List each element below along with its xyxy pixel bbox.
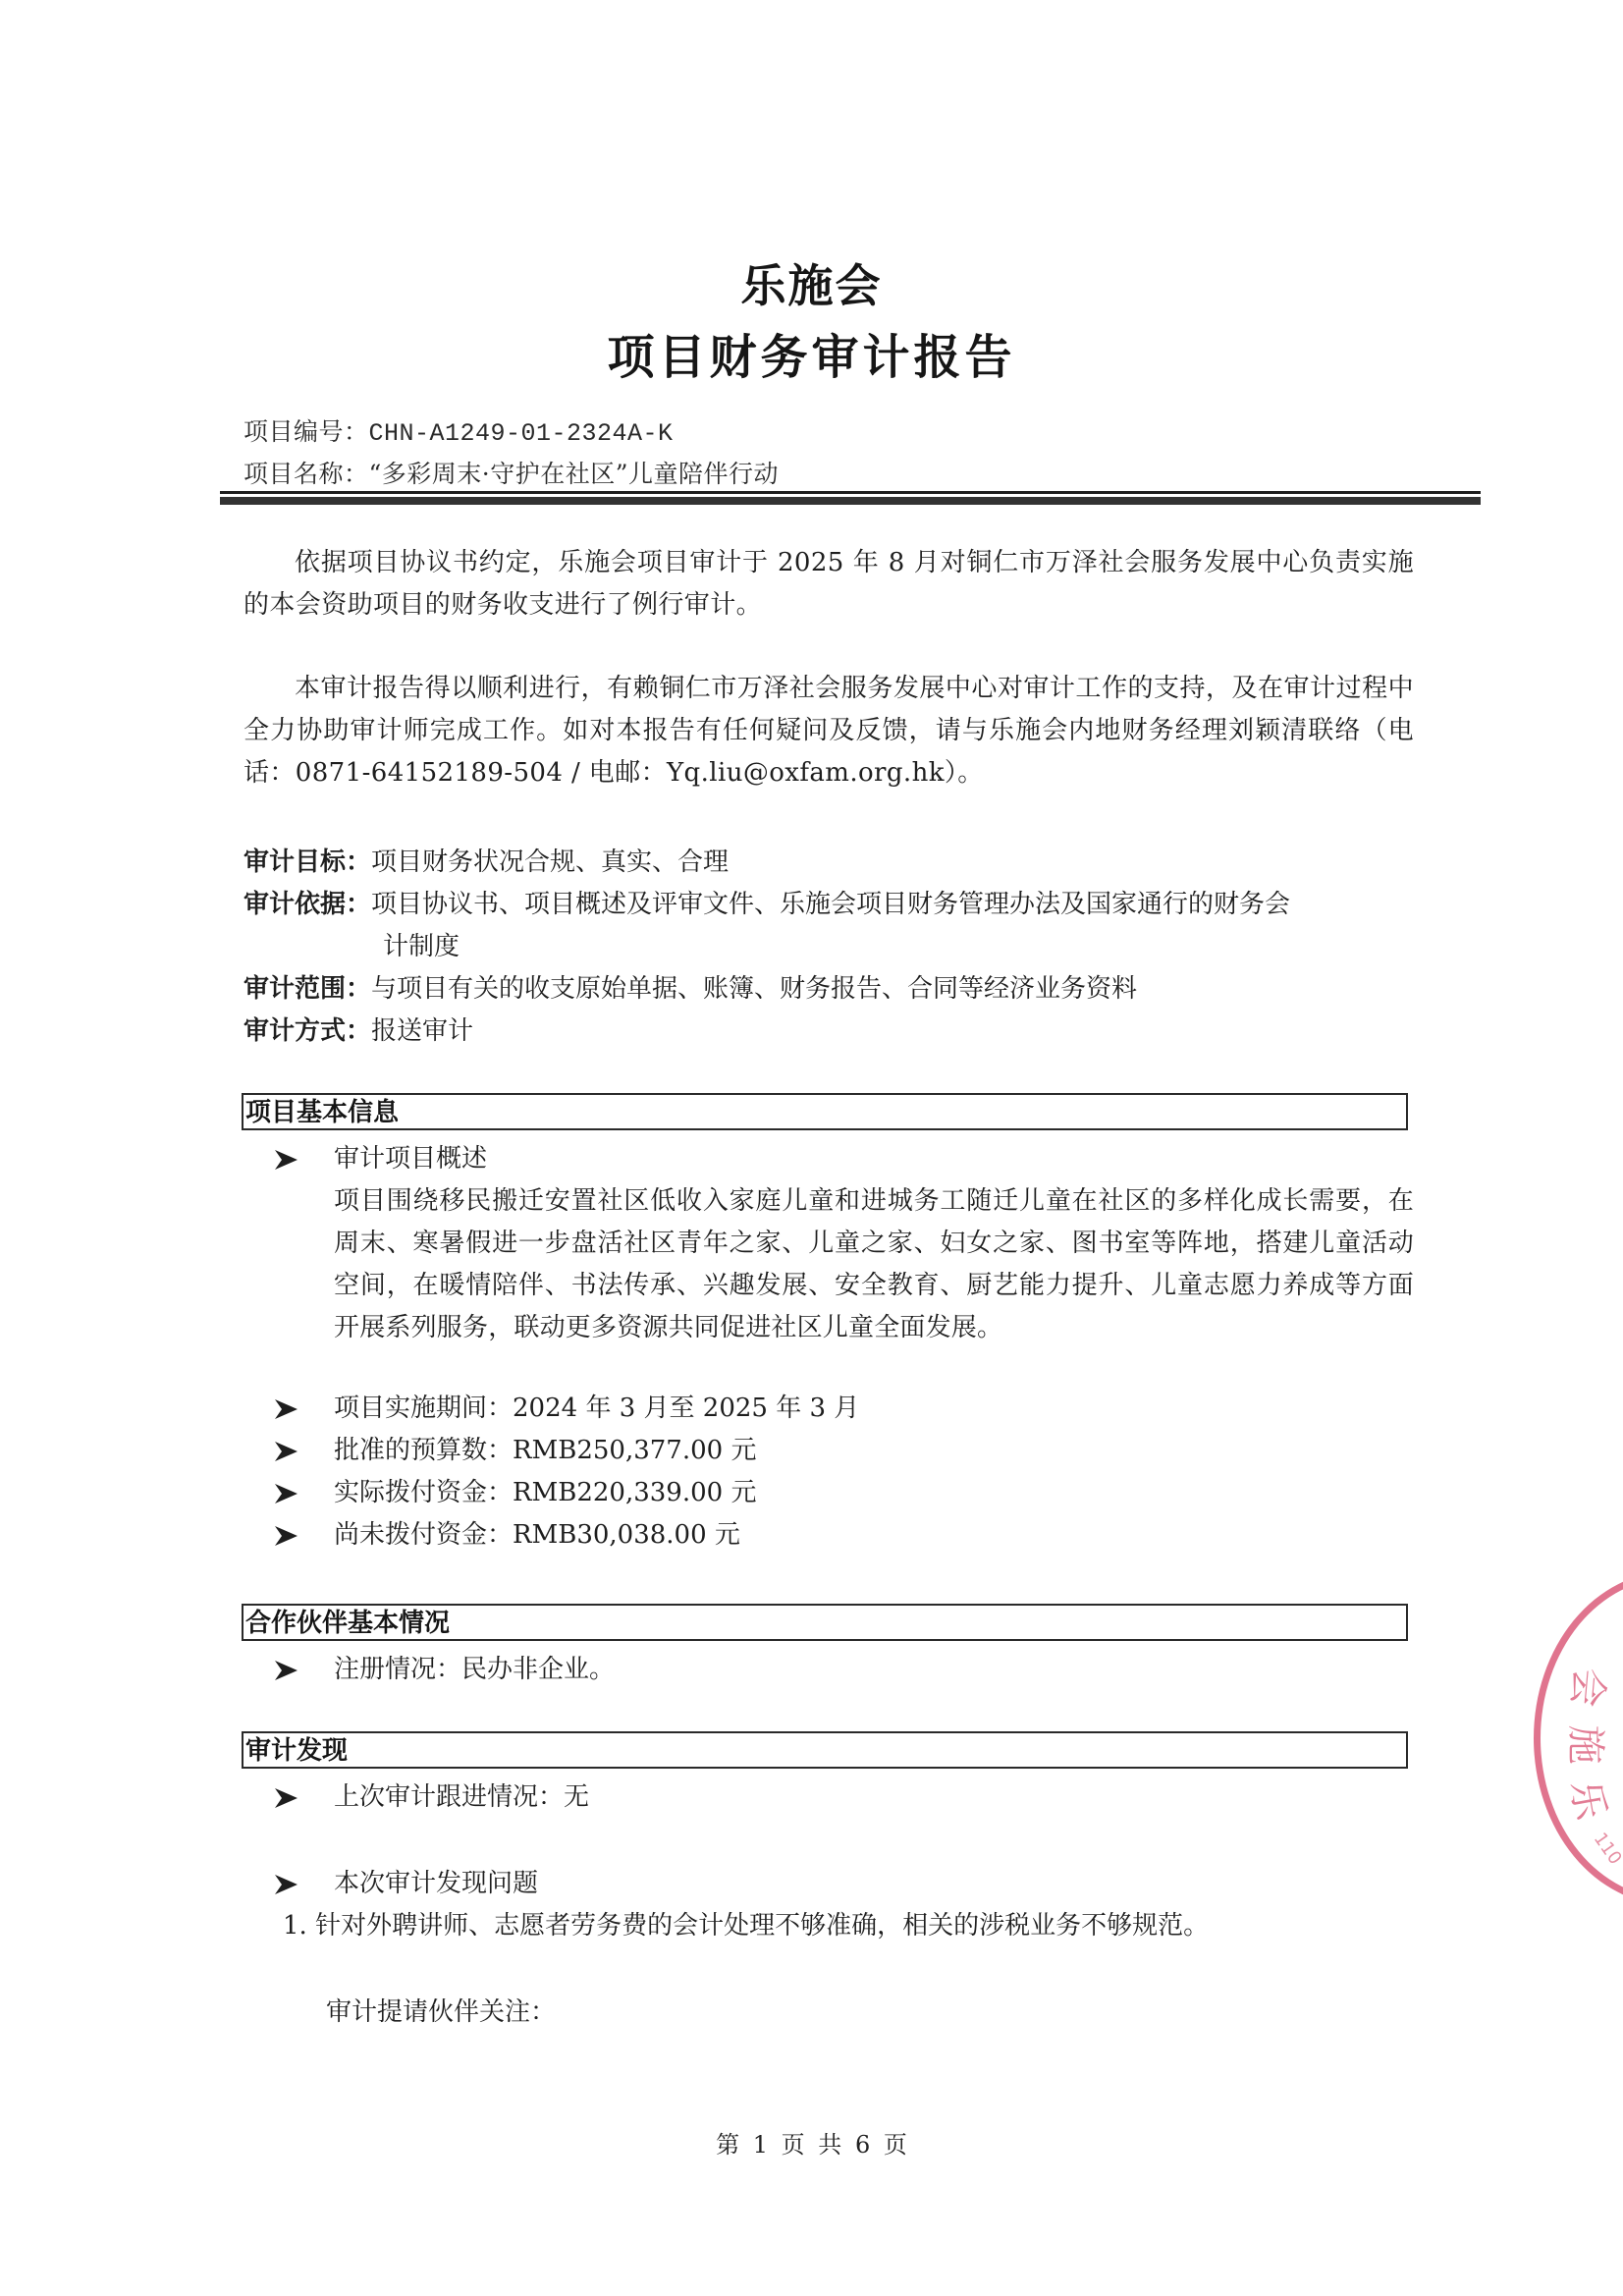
header-rule-thick xyxy=(220,497,1481,505)
section-title: 项目基本信息 xyxy=(245,1097,399,1128)
audit-scope: 审计范围：与项目有关的收支原始单据、账簿、财务报告、合同等经济业务资料 xyxy=(243,968,1422,1011)
org-title: 乐施会 xyxy=(0,250,1623,315)
section-header-partner-info: 合作伙伴基本情况 xyxy=(242,1604,1408,1641)
audit-basis: 审计依据：项目协议书、项目概述及评审文件、乐施会项目财务管理办法及国家通行的财务… xyxy=(243,884,1422,968)
registration-value: 民办非企业。 xyxy=(461,1655,615,1684)
project-code-label: 项目编号： xyxy=(243,417,369,446)
bullet-current-findings: 本次审计发现问题 xyxy=(273,1863,538,1905)
current-findings-label: 本次审计发现问题 xyxy=(334,1869,538,1898)
intro-paragraph-2: 本审计报告得以顺利进行，有赖铜仁市万泽社会服务发展中心对审计工作的支持，及在审计… xyxy=(243,668,1414,794)
arrow-bullet-icon xyxy=(273,1649,334,1691)
seal-char-1: 会 xyxy=(1561,1666,1620,1710)
undisbursed-label: 尚未拨付资金： xyxy=(334,1520,513,1550)
project-name: “多彩周末·守护在社区”儿童陪伴行动 xyxy=(369,460,780,488)
arrow-bullet-icon xyxy=(273,1472,334,1514)
bullet-registration: 注册情况：民办非企业。 xyxy=(273,1649,615,1691)
project-code-line: 项目编号：CHN-A1249-01-2324A-K xyxy=(243,412,674,448)
bullet-previous-followup: 上次审计跟进情况：无 xyxy=(273,1777,589,1819)
audit-basis-value-cont: 计制度 xyxy=(243,926,1422,968)
page-number: 第 1 页 共 6 页 xyxy=(0,2125,1623,2159)
audit-method: 审计方式：报送审计 xyxy=(243,1011,1422,1053)
finding-text: 针对外聘讲师、志愿者劳务费的会计处理不够准确，相关的涉税业务不够规范。 xyxy=(315,1911,1209,1941)
bullet-overview: 审计项目概述 xyxy=(273,1138,487,1180)
audit-basis-label: 审计依据： xyxy=(243,890,371,919)
audit-method-label: 审计方式： xyxy=(243,1016,371,1046)
audit-basis-value: 项目协议书、项目概述及评审文件、乐施会项目财务管理办法及国家通行的财务会 xyxy=(371,890,1290,919)
audit-method-value: 报送审计 xyxy=(371,1016,473,1046)
previous-followup-value: 无 xyxy=(564,1782,589,1812)
report-title: 项目财务审计报告 xyxy=(0,319,1623,387)
section-header-basic-info: 项目基本信息 xyxy=(242,1093,1408,1130)
bullet-disbursed-funds: 实际拨付资金：RMB220,339.00 元 xyxy=(273,1472,756,1514)
attention-label: 审计提请伙伴关注： xyxy=(326,1992,556,2034)
overview-label: 审计项目概述 xyxy=(334,1144,487,1174)
section-header-findings: 审计发现 xyxy=(242,1731,1408,1769)
audit-scope-label: 审计范围： xyxy=(243,974,371,1004)
project-name-label: 项目名称： xyxy=(243,460,369,488)
project-name-line: 项目名称：“多彩周末·守护在社区”儿童陪伴行动 xyxy=(243,455,779,490)
bullet-approved-budget: 批准的预算数：RMB250,377.00 元 xyxy=(273,1430,756,1472)
overview-text: 项目围绕移民搬迁安置社区低收入家庭儿童和进城务工随迁儿童在社区的多样化成长需要，… xyxy=(334,1180,1414,1349)
document-page: 乐施会 项目财务审计报告 项目编号：CHN-A1249-01-2324A-K 项… xyxy=(0,0,1623,2296)
seal-char-2: 施 xyxy=(1561,1725,1617,1765)
arrow-bullet-icon xyxy=(273,1138,334,1180)
bullet-undisbursed-funds: 尚未拨付资金：RMB30,038.00 元 xyxy=(273,1514,740,1557)
intro-paragraph-1: 依据项目协议书约定，乐施会项目审计于 2025 年 8 月对铜仁市万泽社会服务发… xyxy=(243,542,1414,627)
disbursed-label: 实际拨付资金： xyxy=(334,1478,513,1507)
disbursed-value: RMB220,339.00 元 xyxy=(513,1478,756,1507)
period-value: 2024 年 3 月至 2025 年 3 月 xyxy=(513,1394,859,1423)
previous-followup-label: 上次审计跟进情况： xyxy=(334,1782,564,1812)
finding-number: 1. xyxy=(283,1911,307,1941)
arrow-bullet-icon xyxy=(273,1863,334,1905)
finding-item-1: 1. 针对外聘讲师、志愿者劳务费的会计处理不够准确，相关的涉税业务不够规范。 xyxy=(283,1905,1209,1947)
section-title: 合作伙伴基本情况 xyxy=(245,1608,450,1639)
audit-objective-value: 项目财务状况合规、真实、合理 xyxy=(371,847,729,877)
arrow-bullet-icon xyxy=(273,1388,334,1430)
audit-objective: 审计目标：项目财务状况合规、真实、合理 xyxy=(243,842,1422,884)
arrow-bullet-icon xyxy=(273,1430,334,1472)
arrow-bullet-icon xyxy=(273,1777,334,1819)
bullet-implementation-period: 项目实施期间：2024 年 3 月至 2025 年 3 月 xyxy=(273,1388,859,1430)
section-title: 审计发现 xyxy=(245,1735,348,1767)
period-label: 项目实施期间： xyxy=(334,1394,513,1423)
undisbursed-value: RMB30,038.00 元 xyxy=(513,1520,740,1550)
registration-label: 注册情况： xyxy=(334,1655,461,1684)
budget-label: 批准的预算数： xyxy=(334,1436,513,1465)
audit-objective-label: 审计目标： xyxy=(243,847,371,877)
header-rule-thin xyxy=(220,491,1481,494)
audit-scope-value: 与项目有关的收支原始单据、账簿、财务报告、合同等经济业务资料 xyxy=(371,974,1137,1004)
arrow-bullet-icon xyxy=(273,1514,334,1557)
budget-value: RMB250,377.00 元 xyxy=(513,1436,756,1465)
project-code: CHN-A1249-01-2324A-K xyxy=(369,419,674,448)
